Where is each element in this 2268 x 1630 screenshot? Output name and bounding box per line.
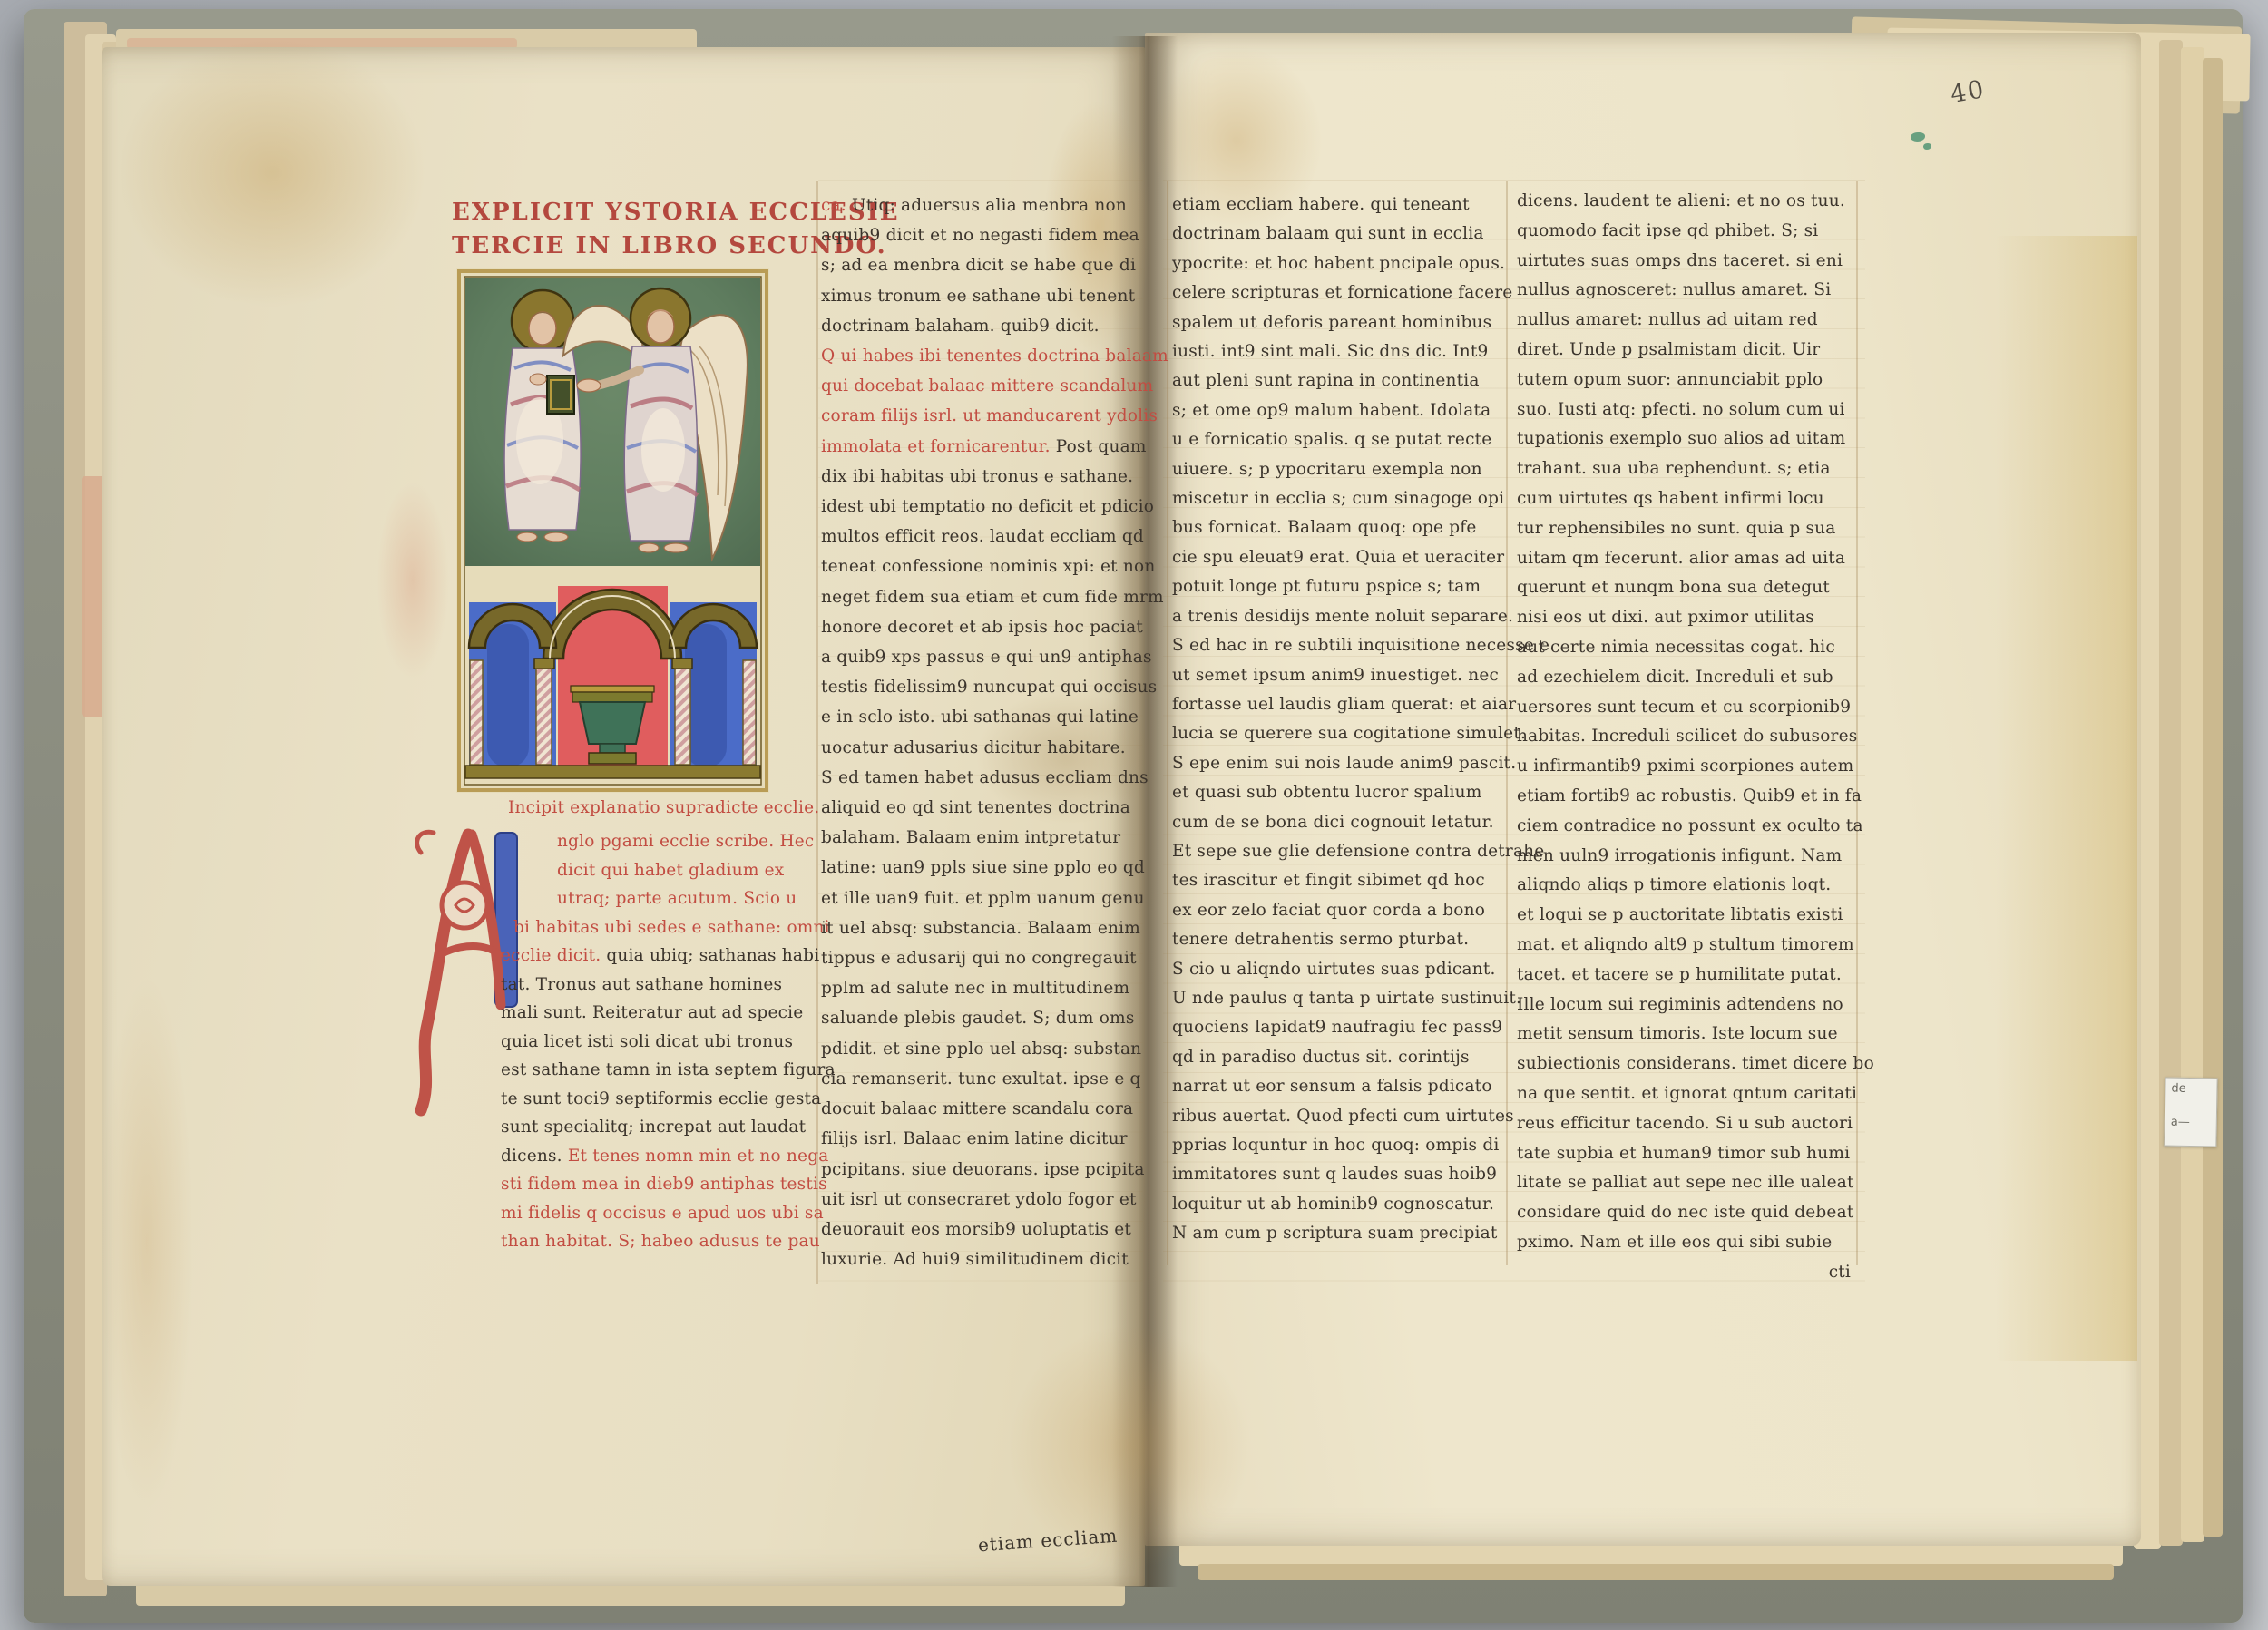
text-line: mi fidelis q occisus e apud uos ubi sa xyxy=(501,1199,836,1228)
text-line: cti xyxy=(1517,1258,1851,1288)
page-edge-stack-right xyxy=(2159,40,2183,1546)
text-line: quociens lapidat9 naufragiu fec pass9 xyxy=(1172,1013,1549,1042)
text-line: et loqui se p auctoritate libtatis exist… xyxy=(1517,901,1851,931)
text-line: teneat confessione nominis xpi: et non xyxy=(821,551,1168,581)
text-line: sunt specialitq; increpat aut laudat xyxy=(501,1113,836,1142)
text-line: quia licet isti soli dicat ubi tronus xyxy=(501,1028,836,1057)
text-line: litate se palliat aut sepe nec ille uale… xyxy=(1517,1168,1851,1198)
text-line: dicens. laudent te alieni: et no os tuu. xyxy=(1517,187,1851,217)
text-line: cum de se bona dici cognouit letatur. xyxy=(1172,808,1549,837)
text-line: S ed tamen habet adusus eccliam dns xyxy=(821,763,1168,793)
text-line: aliqndo aliqs p timore elationis loqt. xyxy=(1517,871,1851,901)
text-line: ca. Utiq: aduersus alia menbra non xyxy=(821,190,1168,220)
text-line: metit sensum timoris. Iste locum sue xyxy=(1517,1020,1851,1049)
text-line: aut certe nimia necessitas cogat. hic xyxy=(1517,633,1851,663)
text-line: ximus tronum ee sathane ubi tenent xyxy=(821,281,1168,311)
text-line: Ille locum sui regiminis adtendens no xyxy=(1517,991,1851,1020)
text-line: aut pleni sunt rapina in continentia xyxy=(1172,366,1549,395)
text-line: Q ui habes ibi tenentes doctrina balaam xyxy=(821,341,1168,371)
text-line: U nde paulus q tanta p uirtate sustinuit… xyxy=(1172,984,1549,1013)
text-line: ex eor zelo faciat quor corda a bono xyxy=(1172,896,1549,925)
text-line: cum uirtutes qs habent infirmi locu xyxy=(1517,484,1851,514)
text-line: dicens. Et tenes nomn min et no nega xyxy=(501,1142,836,1171)
text-line: tate supbia et human9 timor sub humi xyxy=(1517,1139,1851,1169)
text-line: considare quid do nec iste quid debeat xyxy=(1517,1198,1851,1228)
text-line: N am cum p scriptura suam precipiat xyxy=(1172,1219,1549,1248)
text-line: bi habitas ubi sedes e sathane: omni xyxy=(513,913,836,942)
text-line: tat. Tronus aut sathane homines xyxy=(501,971,836,1000)
text-line: filijs isrl. Balaac enim latine dicitur xyxy=(821,1124,1168,1154)
text-line: pcipitans. siue deuorans. ipse pcipita xyxy=(821,1155,1168,1185)
text-line: ypocrite: et hoc habent pncipale opus. xyxy=(1172,249,1549,278)
text-line: qd in paradiso ductus sit. corintijs xyxy=(1172,1043,1549,1072)
text-line: pplm ad salute nec in multitudinem xyxy=(821,973,1168,1003)
text-line: S epe enim sui nois laude anim9 pascit. xyxy=(1172,749,1549,778)
text-line: tenere detrahentis sermo pturbat. xyxy=(1172,925,1549,954)
text-line: uersores sunt tecum et cu scorpionib9 xyxy=(1517,693,1851,723)
text-line: lucia se querere sua cogitatione simulet… xyxy=(1172,719,1549,748)
text-line: pprias loquntur in hoc quoq: ompis di xyxy=(1172,1131,1549,1160)
text-line: uirtutes suas omps dns taceret. si eni xyxy=(1517,247,1851,277)
text-line: ad ezechielem dicit. Increduli et sub xyxy=(1517,663,1851,693)
text-line: ribus auertat. Quod pfecti cum uirtutes xyxy=(1172,1102,1549,1131)
striped-column xyxy=(536,669,552,765)
text-line: est sathane tamn in ista septem figura xyxy=(501,1056,836,1085)
arcade xyxy=(465,586,760,778)
text-line: u e fornicatio spalis. q se putat recte xyxy=(1172,425,1549,454)
page-edge-stack-bottom xyxy=(1198,1564,2114,1580)
angel-hand xyxy=(577,379,601,392)
text-line: doctrinam balaam qui sunt in ecclia xyxy=(1172,220,1549,249)
text-line: iusti. int9 sint mali. Sic dns dic. Int9 xyxy=(1172,337,1549,366)
text-line: a trenis desidijs mente noluit separare. xyxy=(1172,602,1549,631)
text-line: ecclie dicit. quia ubiq; sathanas habi xyxy=(501,942,836,971)
text-line: multos efficit reos. laudat eccliam qd xyxy=(821,522,1168,551)
text-line: narrat ut eor sensum a falsis pdicato xyxy=(1172,1072,1549,1101)
text-line: nglo pgami ecclie scribe. Hec xyxy=(557,827,836,856)
text-line: neget fidem sua etiam et cum fide mrm xyxy=(821,582,1168,612)
text-column-left-1: nglo pgami ecclie scribe. Hecdicit qui h… xyxy=(501,827,836,1256)
striped-column xyxy=(675,669,690,765)
text-line: te sunt toci9 septiformis ecclie gesta xyxy=(501,1085,836,1114)
text-line: s; et ome op9 malum habent. Idolata xyxy=(1172,396,1549,425)
text-line: diret. Unde p psalmistam dicit. Uir xyxy=(1517,336,1851,366)
text-line: uitam qm fecerunt. alior amas ad uita xyxy=(1517,544,1851,574)
text-line: celere scripturas et fornicatione facere xyxy=(1172,278,1549,307)
text-line: habitas. Increduli scilicet do subusores xyxy=(1517,722,1851,752)
text-line: dicit qui habet gladium ex xyxy=(557,856,836,885)
text-line: pdidit. et sine pplo uel absq: substan xyxy=(821,1034,1168,1064)
text-line: cie spu eleuat9 erat. Quia et ueraciter xyxy=(1172,543,1549,572)
text-line: qui docebat balaac mittere scandalum xyxy=(821,371,1168,401)
text-line: balaham. Balaam enim intpretatur xyxy=(821,823,1168,853)
text-line: tur rephensibiles no sunt. quia p sua xyxy=(1517,514,1851,544)
text-line: pximo. Nam et ille eos qui sibi subie xyxy=(1517,1228,1851,1258)
text-line: quomodo facit ipse qd phibet. S; si xyxy=(1517,217,1851,247)
text-line: potuit longe pt futuru pspice s; tam xyxy=(1172,572,1549,601)
text-line: bus fornicat. Balaam quoq: ope pfe xyxy=(1172,513,1549,542)
text-line: u infirmantib9 pximi scorpiones autem xyxy=(1517,752,1851,782)
tab-text: de xyxy=(2171,1082,2211,1097)
tab-text: a— xyxy=(2171,1116,2211,1130)
text-line: reus efficitur tacendo. Si u sub auctori xyxy=(1517,1109,1851,1139)
text-line: coram filijs isrl. ut manducarent ydolis xyxy=(821,401,1168,431)
text-line: immitatores sunt q laudes suas hoib9 xyxy=(1172,1160,1549,1189)
text-line: tutem opum suor: annunciabit pplo xyxy=(1517,366,1851,395)
parchment-stain xyxy=(1996,236,2137,1361)
text-line: honore decoret et ab ipsis hoc paciat xyxy=(821,612,1168,642)
text-line: suo. Iusti atq: pfecti. no solum cum ui xyxy=(1517,395,1851,425)
text-line: ciem contradice no possunt ex oculto ta xyxy=(1517,812,1851,842)
text-line: etiam eccliam habere. qui teneant xyxy=(1172,190,1549,220)
miniature-angels-illustration xyxy=(456,268,769,793)
page-edge-stack-right xyxy=(2203,58,2223,1537)
text-line: tes irascitur et fingit sibimet qd hoc xyxy=(1172,866,1549,895)
text-line: uocatur adusarius dicitur habitare. xyxy=(821,733,1168,763)
text-line: etiam fortib9 ac robustis. Quib9 et in f… xyxy=(1517,782,1851,812)
text-line: miscetur in ecclia s; cum sinagoge opi xyxy=(1172,484,1549,513)
text-line: doctrinam balaham. quib9 dicit. xyxy=(821,311,1168,341)
text-line: saluande plebis gaudet. S; dum oms xyxy=(821,1003,1168,1033)
text-line: aquib9 dicit et no negasti fidem mea xyxy=(821,220,1168,250)
text-line: ut semet ipsum anim9 inuestiget. nec xyxy=(1172,661,1549,690)
incipit-rubric: Incipit explanatio supradicte ecclie. xyxy=(508,798,819,817)
text-line: cia remanserit. tunc exultat. ipse e q xyxy=(821,1064,1168,1094)
text-line: than habitat. S; habeo adusus te pau xyxy=(501,1227,836,1256)
text-line: dix ibi habitas ubi tronus e sathane. xyxy=(821,462,1168,492)
text-line: Et sepe sue glie defensione contra detra… xyxy=(1172,837,1549,866)
text-line: subiectionis considerans. timet dicere b… xyxy=(1517,1049,1851,1079)
text-column-right-2: dicens. laudent te alieni: et no os tuu.… xyxy=(1517,187,1851,1287)
text-line: fortasse uel laudis gliam querat: et aia… xyxy=(1172,690,1549,719)
text-line: querunt et nunqm bona sua detegut xyxy=(1517,573,1851,603)
text-line: et quasi sub obtentu lucror spalium xyxy=(1172,778,1549,807)
text-line: tupationis exemplo suo alios ad uitam xyxy=(1517,425,1851,454)
text-line: men uuln9 irrogationis infigunt. Nam xyxy=(1517,842,1851,872)
fore-edge-tab: de a— xyxy=(2164,1077,2217,1147)
text-line: uit isrl ut consecraret ydolo fogor et xyxy=(821,1185,1168,1215)
text-line: idest ubi temptatio no deficit et pdicio xyxy=(821,492,1168,522)
text-line: deuorauit eos morsib9 uoluptatis et xyxy=(821,1215,1168,1244)
text-line: mat. et aliqndo alt9 p stultum timorem xyxy=(1517,931,1851,961)
text-line: luxurie. Ad hui9 similitudinem dicit xyxy=(821,1244,1168,1274)
text-line: na que sentit. et ignorat qntum caritati xyxy=(1517,1079,1851,1109)
text-line: S cio u aliqndo uirtutes suas pdicant. xyxy=(1172,955,1549,984)
ground-line xyxy=(465,766,760,778)
text-line: e in sclo isto. ubi sathanas qui latine xyxy=(821,702,1168,732)
text-line: loquitur ut ab hominib9 cognoscatur. xyxy=(1172,1190,1549,1219)
text-column-left-2: ca. Utiq: aduersus alia menbra nonaquib9… xyxy=(821,190,1168,1274)
folio-number: 40 xyxy=(1949,75,1988,109)
text-line: utraq; parte acutum. Scio u xyxy=(557,884,836,913)
text-line: nullus agnosceret: nullus amaret. Si xyxy=(1517,276,1851,306)
text-line: nullus amaret: nullus ad uitam red xyxy=(1517,306,1851,336)
text-line: testis fidelissim9 nuncupat qui occisus xyxy=(821,672,1168,702)
text-line: tippus e adusarij qui no congregauit xyxy=(821,943,1168,973)
text-line: mali sunt. Reiteratur aut ad specie xyxy=(501,999,836,1028)
text-line: a quib9 xps passus e qui un9 antiphas xyxy=(821,642,1168,672)
text-line: S ed hac in re subtili inquisitione nece… xyxy=(1172,631,1549,660)
page-edge-stack-right xyxy=(2181,47,2204,1542)
text-line: trahant. sua uba rephendunt. s; etia xyxy=(1517,454,1851,484)
manuscript-photograph: EXPLICIT YSTORIA ECCLESIE TERCIE IN LIBR… xyxy=(0,0,2268,1630)
text-line: immolata et fornicarentur. Post quam xyxy=(821,432,1168,462)
text-line: spalem ut deforis pareant hominibus xyxy=(1172,308,1549,337)
text-line: nisi eos ut dixi. aut pximor utilitas xyxy=(1517,603,1851,633)
text-line: et ille uan9 fuit. et pplm uanum genu xyxy=(821,883,1168,913)
text-line: tacet. et tacere se p humilitate putat. xyxy=(1517,961,1851,991)
text-line: latine: uan9 ppls siue sine pplo eo qd xyxy=(821,853,1168,883)
text-line: uiuere. s; p ypocritaru exempla non xyxy=(1172,455,1549,484)
text-line: sti fidem mea in dieb9 antiphas testis xyxy=(501,1170,836,1199)
text-line: docuit balaac mittere scandalu cora xyxy=(821,1094,1168,1124)
text-column-right-1: etiam eccliam habere. qui teneantdoctrin… xyxy=(1172,190,1549,1249)
text-line: s; ad ea menbra dicit se habe que di xyxy=(821,250,1168,280)
text-line: it uel absq: substancia. Balaam enim xyxy=(821,913,1168,943)
text-line: aliquid eo qd sint tenentes doctrina xyxy=(821,793,1168,823)
